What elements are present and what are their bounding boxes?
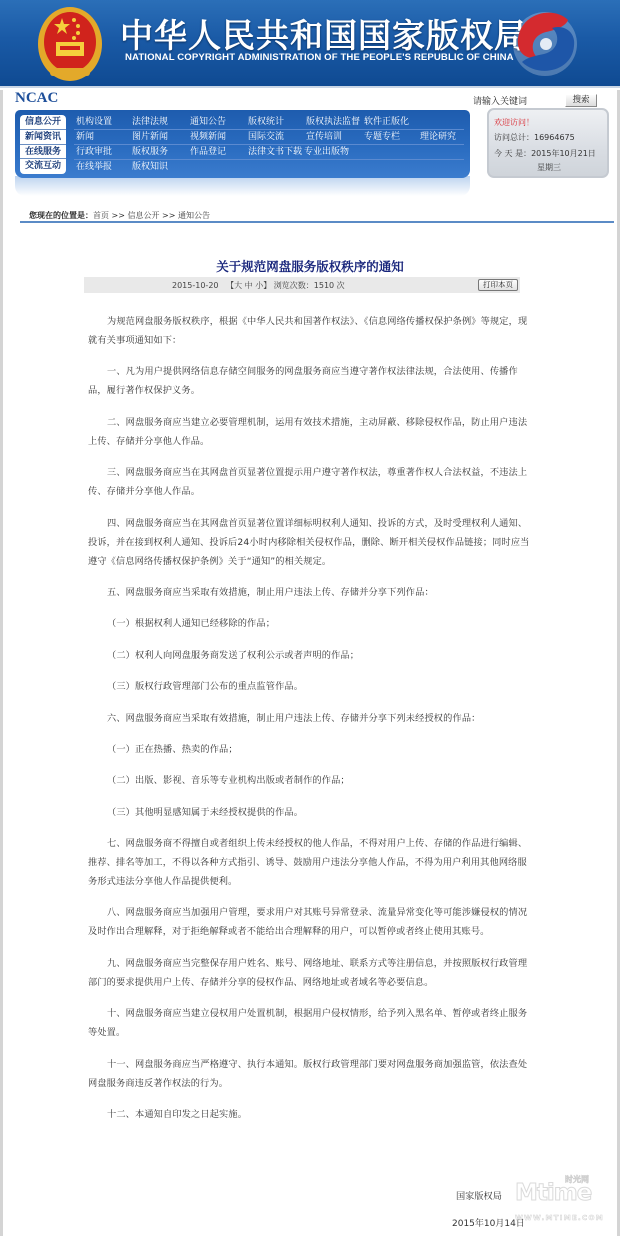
breadcrumb-separator: >> <box>112 211 125 220</box>
visit-total: 访问总计：16964675 <box>494 132 575 143</box>
paragraph-12: 十二、本通知自印发之日起实施。 <box>88 1105 532 1124</box>
nav-link-news[interactable]: 新闻 <box>76 130 94 144</box>
signature-date: 2015年10月14日 <box>452 1216 525 1229</box>
watermark-url: WWW.MTIME.COM <box>515 1214 604 1222</box>
nav-link-work-registration[interactable]: 作品登记 <box>190 145 226 159</box>
paragraph-9: 九、网盘服务商应当完整保存用户姓名、账号、网络地址、联系方式等注册信息，并按照版… <box>88 954 532 992</box>
paragraph-6-item-1: （一）正在热播、热卖的作品； <box>88 740 532 759</box>
views-label: 浏览次数： <box>274 281 314 290</box>
visit-total-label: 访问总计： <box>494 133 534 142</box>
paragraph-5-item-3: （三）版权行政管理部门公布的重点监管作品。 <box>88 677 532 696</box>
nav-link-statistics[interactable]: 版权统计 <box>248 115 284 129</box>
nav-link-photo-news[interactable]: 图片新闻 <box>132 130 168 144</box>
nav-shadow <box>15 176 470 196</box>
nav-category-tabs: 信息公开 新闻资讯 在线服务 交流互动 <box>20 115 66 174</box>
paragraph-8: 八、网盘服务商应当加强用户管理，要求用户对其账号异常登录、流量异常变化等可能涉嫌… <box>88 903 532 941</box>
nav-row-interaction: 在线举报 版权知识 <box>74 160 464 175</box>
weekday: 星期三 <box>537 162 561 173</box>
copyright-swirl-logo-icon <box>510 6 580 78</box>
paragraph-intro: 为规范网盘服务版权秩序，根据《中华人民共和国著作权法》、《信息网络传播权保护条例… <box>88 312 532 350</box>
nav-link-legal-docs-download[interactable]: 法律文书下载 <box>248 145 302 159</box>
paragraph-11: 十一、网盘服务商应当严格遵守、执行本通知。版权行政管理部门要对网盘服务商加强监管… <box>88 1055 532 1093</box>
nav-link-special-topics[interactable]: 专题专栏 <box>364 130 400 144</box>
print-page-button[interactable]: 打印本页 <box>478 279 518 291</box>
paragraph-6-item-2: （二）出版、影视、音乐等专业机构出版或者制作的作品； <box>88 771 532 790</box>
search-input[interactable] <box>472 93 560 107</box>
article-date: 2015-10-20 <box>172 281 219 290</box>
views-value: 1510 次 <box>314 281 345 290</box>
search-button[interactable]: 搜索 <box>565 94 597 107</box>
nav-link-notices[interactable]: 通知公告 <box>190 115 226 129</box>
welcome-text: 欢迎访问！ <box>494 117 534 128</box>
paragraph-4: 四、网盘服务商应当在其网盘首页显著位置详细标明权利人通知、投诉的方式，及时受理权… <box>88 514 532 571</box>
paragraph-1: 一、凡为用户提供网络信息存储空间服务的网盘服务商应当遵守著作权法律法规，合法使用… <box>88 362 532 400</box>
nav-link-video-news[interactable]: 视频新闻 <box>190 130 226 144</box>
breadcrumb: 您现在的位置是：首页 >> 信息公开 >> 通知公告 <box>29 210 210 221</box>
paragraph-2: 二、网盘服务商应当建立必要管理机制，运用有效技术措施，主动屏蔽、移除侵权作品，防… <box>88 413 532 451</box>
breadcrumb-notices[interactable]: 通知公告 <box>178 211 210 220</box>
breadcrumb-divider <box>20 221 614 223</box>
breadcrumb-home[interactable]: 首页 <box>93 211 109 220</box>
nav-link-software-legalization[interactable]: 软件正版化 <box>364 115 409 129</box>
nav-tab-info-public[interactable]: 信息公开 <box>20 115 66 130</box>
breadcrumb-separator: >> <box>162 211 175 220</box>
national-emblem-icon <box>36 4 104 84</box>
article-meta: 2015-10-20 【大 中 小】 浏览次数：1510 次 <box>172 280 345 291</box>
nav-link-publications[interactable]: 专业出版物 <box>304 145 349 159</box>
nav-link-online-report[interactable]: 在线举报 <box>76 160 112 174</box>
nav-link-copyright-service[interactable]: 版权服务 <box>132 145 168 159</box>
paragraph-5: 五、网盘服务商应当采取有效措施，制止用户违法上传、存储并分享下列作品： <box>88 583 532 602</box>
nav-row-online-service: 行政审批 版权服务 作品登记 法律文书下载 专业出版物 <box>74 145 464 160</box>
paragraph-7: 七、网盘服务商不得擅自或者组织上传未经授权的他人作品，不得对用户上传、存储的作品… <box>88 834 532 891</box>
watermark-cn: 时光网 <box>565 1174 589 1185</box>
nav-link-copyright-knowledge[interactable]: 版权知识 <box>132 160 168 174</box>
today-label: 今 天 是： <box>494 149 531 158</box>
paragraph-6-item-3: （三）其他明显感知属于未经授权提供的作品。 <box>88 803 532 822</box>
today-value: 2015年10月21日 <box>531 149 596 158</box>
ncac-brand: NCAC <box>15 90 58 107</box>
paragraph-10: 十、网盘服务商应当建立侵权用户处置机制，根据用户侵权情形，给予列入黑名单、暂停或… <box>88 1004 532 1042</box>
breadcrumb-info-public[interactable]: 信息公开 <box>128 211 160 220</box>
nav-tab-news[interactable]: 新闻资讯 <box>20 130 66 145</box>
nav-link-admin-approval[interactable]: 行政审批 <box>76 145 112 159</box>
today-date: 今 天 是：2015年10月21日 <box>494 148 596 159</box>
nav-link-organization[interactable]: 机构设置 <box>76 115 112 129</box>
paragraph-5-item-2: （二）权利人向网盘服务商发送了权利公示或者声明的作品； <box>88 646 532 665</box>
paragraph-6: 六、网盘服务商应当采取有效措施，制止用户违法上传、存储并分享下列未经授权的作品： <box>88 709 532 728</box>
article-meta-bar: 2015-10-20 【大 中 小】 浏览次数：1510 次 打印本页 <box>84 277 520 293</box>
banner-title: 中华人民共和国国家版权局 <box>120 10 528 57</box>
nav-link-enforcement[interactable]: 版权执法监督 <box>306 115 360 129</box>
nav-link-laws[interactable]: 法律法规 <box>132 115 168 129</box>
mtime-watermark: Mtime 时光网 WWW.MTIME.COM <box>515 1174 607 1226</box>
paragraph-5-item-1: （一）根据权利人通知已经移除的作品； <box>88 614 532 633</box>
visit-total-value: 16964675 <box>534 133 575 142</box>
nav-row-info-public: 机构设置 法律法规 通知公告 版权统计 版权执法监督 软件正版化 <box>74 115 464 130</box>
visit-info-box: 欢迎访问！ 访问总计：16964675 今 天 是：2015年10月21日 星期… <box>487 108 609 178</box>
article-title: 关于规范网盘服务版权秩序的通知 <box>0 257 620 275</box>
nav-row-news: 新闻 图片新闻 视频新闻 国际交流 宣传培训 专题专栏 理论研究 <box>74 130 464 145</box>
paragraph-3: 三、网盘服务商应当在其网盘首页显著位置提示用户遵守著作权法，尊重著作权人合法权益… <box>88 463 532 501</box>
nav-link-theory-research[interactable]: 理论研究 <box>420 130 456 144</box>
article-body: 为规范网盘服务版权秩序，根据《中华人民共和国著作权法》、《信息网络传播权保护条例… <box>88 312 532 1136</box>
nav-link-international[interactable]: 国际交流 <box>248 130 284 144</box>
banner-subtitle: NATIONAL COPYRIGHT ADMINISTRATION OF THE… <box>125 52 514 63</box>
signature-organization: 国家版权局 <box>456 1188 502 1202</box>
nav-link-training[interactable]: 宣传培训 <box>306 130 342 144</box>
nav-tab-online-service[interactable]: 在线服务 <box>20 145 66 160</box>
site-banner: 中华人民共和国国家版权局 NATIONAL COPYRIGHT ADMINIST… <box>0 0 620 88</box>
font-size-switcher[interactable]: 【大 中 小】 <box>226 281 271 290</box>
breadcrumb-prefix: 您现在的位置是： <box>29 211 93 220</box>
nav-tab-interaction[interactable]: 交流互动 <box>20 159 66 174</box>
